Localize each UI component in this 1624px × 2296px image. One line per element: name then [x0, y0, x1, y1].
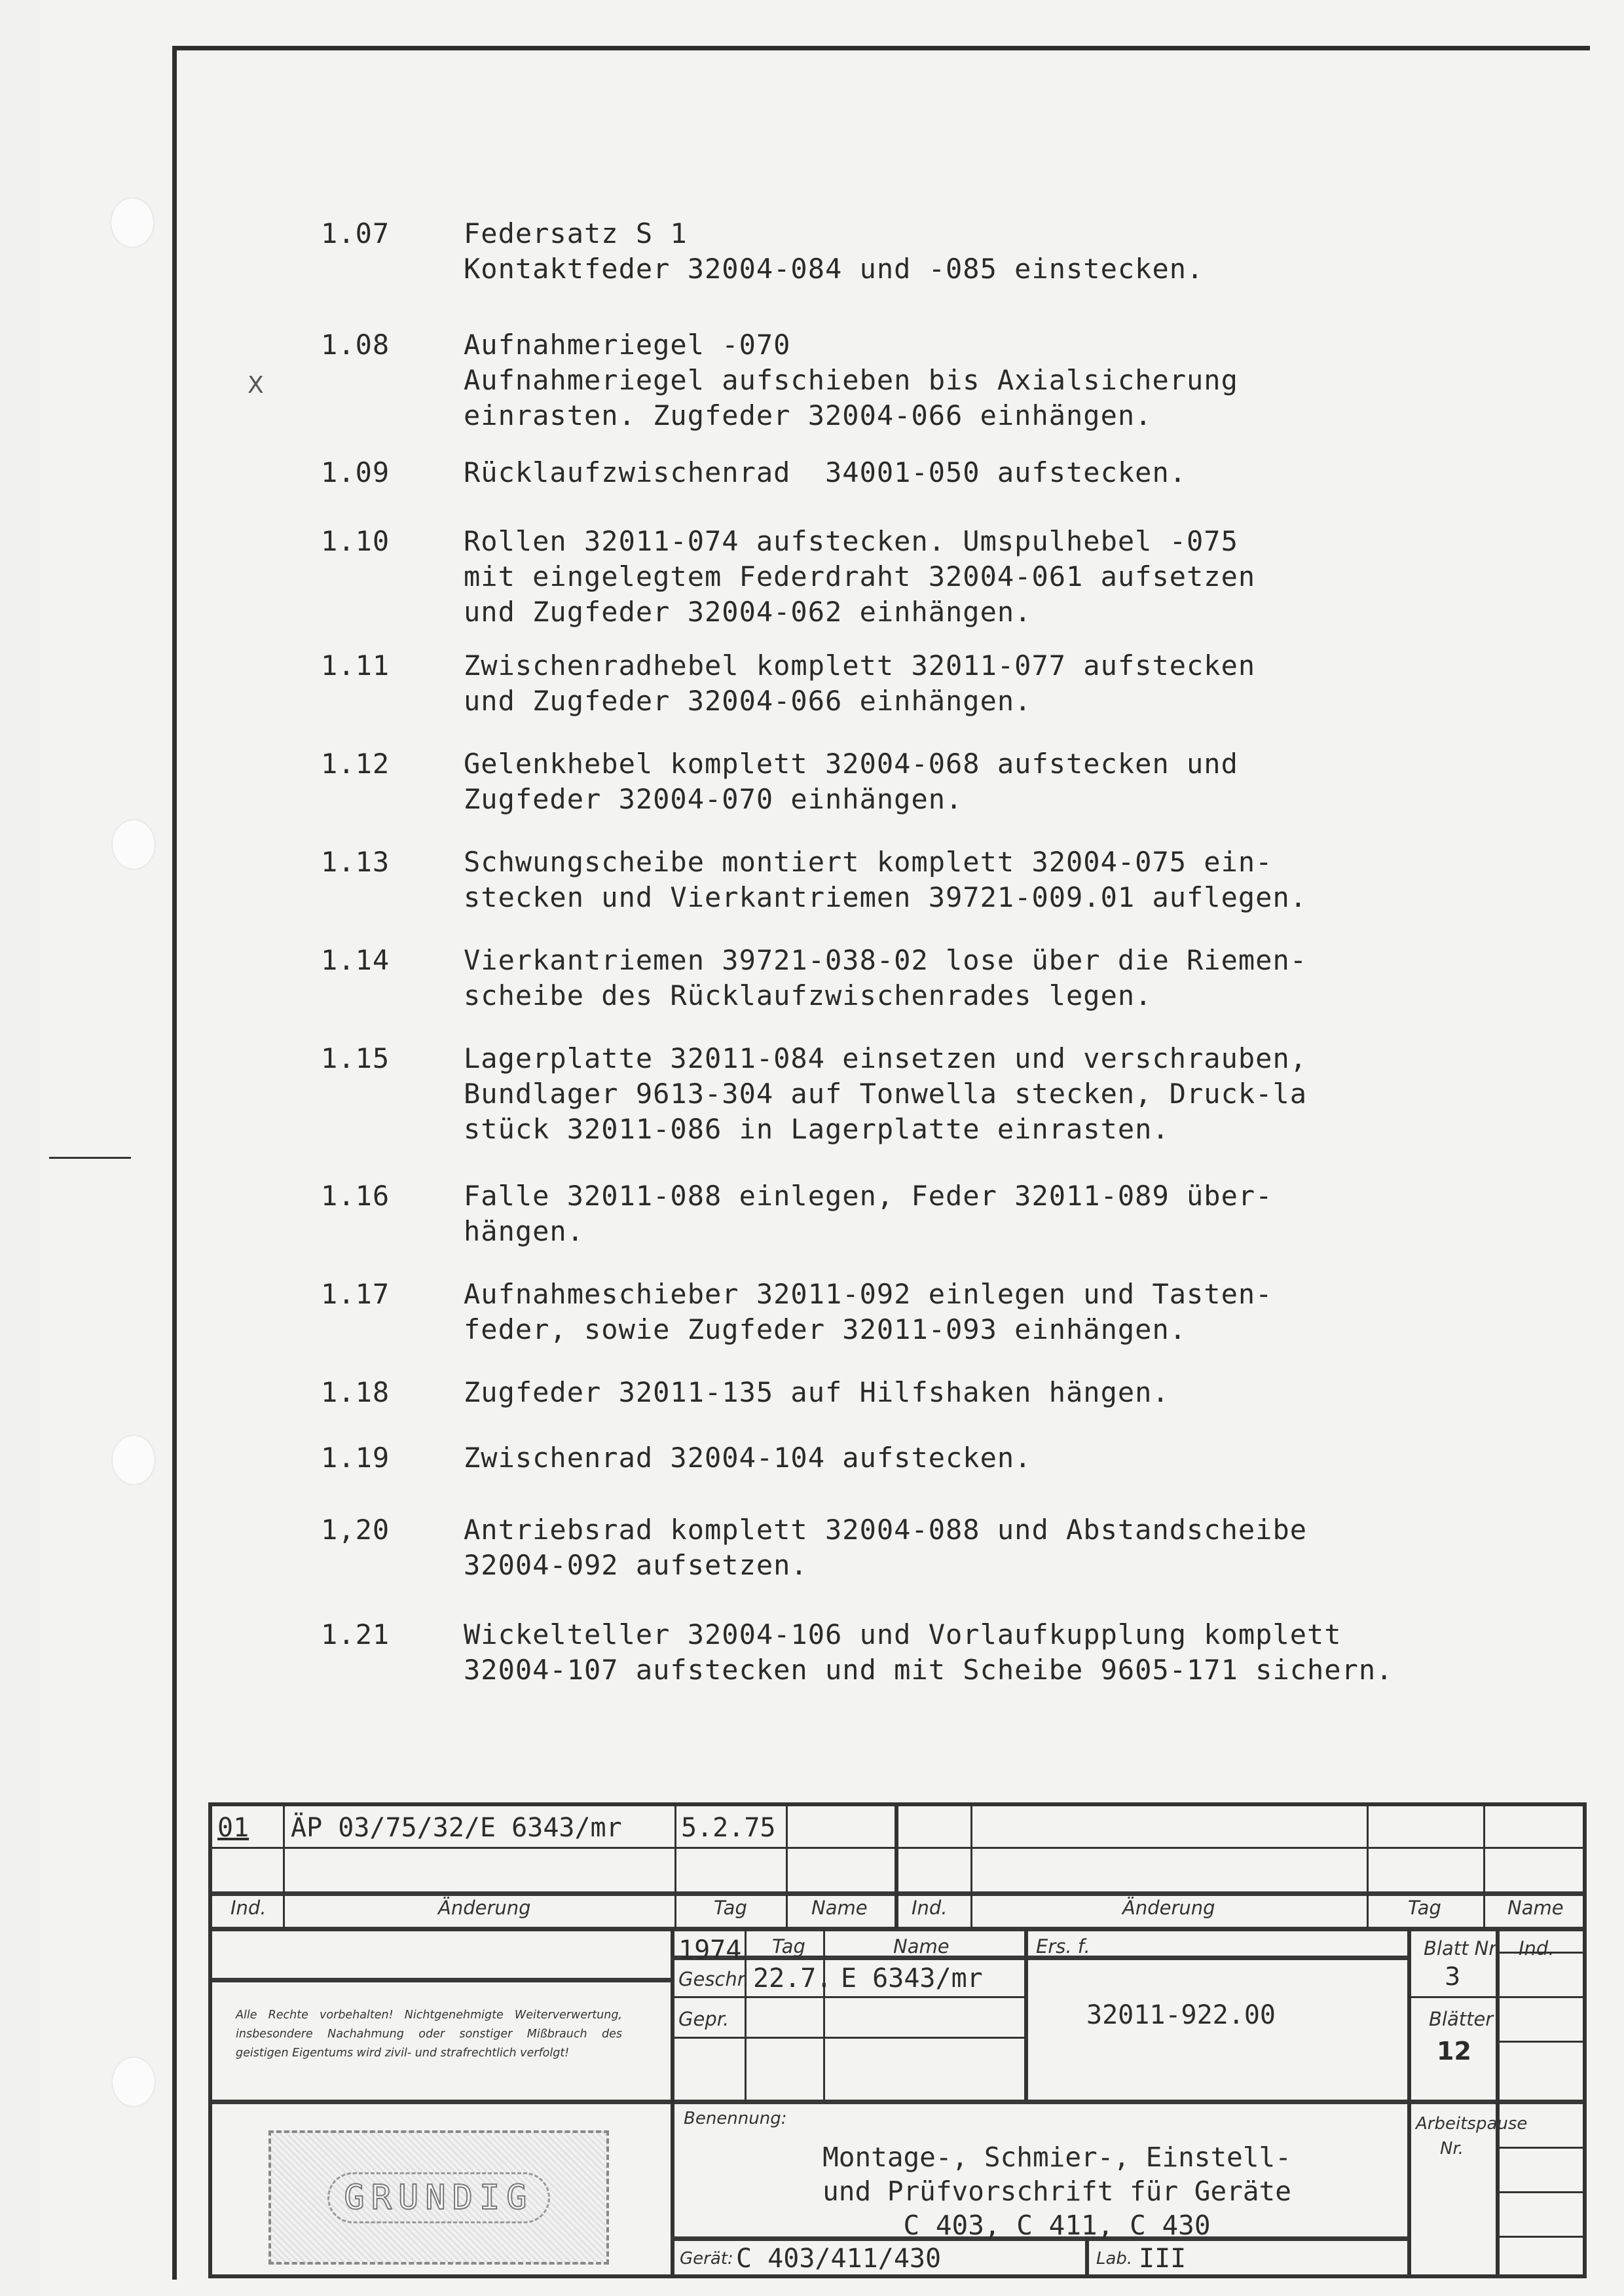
document-title: Montage-, Schmier-, Einstell- und Prüfvo… [710, 2140, 1404, 2242]
step-number: 1.12 [321, 746, 439, 782]
step-number: 1.10 [321, 524, 439, 559]
divider [970, 1806, 972, 1929]
divider [1496, 2147, 1583, 2149]
step-text-line: Zugfeder 32011-135 auf Hilfshaken hängen… [464, 1375, 1446, 1410]
step-number: 1.08 [321, 327, 439, 363]
step-text-line: Aufnahmeriegel aufschieben bis Axialsich… [464, 363, 1446, 398]
header-aenderung: Änderung [438, 1897, 531, 1919]
step-number: 1.13 [321, 845, 439, 880]
step-text-line: und Zugfeder 32004-066 einhängen. [464, 683, 1446, 719]
benennung-label: Benennung: [684, 2109, 787, 2128]
header-name-2: Name [1507, 1897, 1564, 1919]
divider [671, 2100, 674, 2278]
step-text: Zugfeder 32011-135 auf Hilfshaken hängen… [464, 1375, 1446, 1410]
ind-label: Ind. [1519, 1937, 1555, 1959]
step-text-line: Lagerplatte 32011-084 einsetzen und vers… [464, 1041, 1446, 1076]
revision-index: 01 [217, 1813, 249, 1843]
step-number: 1.15 [321, 1041, 439, 1076]
step-text: Aufnahmeschieber 32011-092 einlegen und … [464, 1277, 1446, 1347]
step-text: Antriebsrad komplett 32004-088 und Absta… [464, 1512, 1446, 1583]
title-line-3: C 403, C 411, C 430 [710, 2208, 1404, 2242]
divider [671, 2037, 1024, 2039]
blatt-nr: 3 [1445, 1962, 1460, 1991]
divider [1496, 2191, 1583, 2193]
year: 1974 [678, 1935, 741, 1965]
name-label: Name [893, 1935, 950, 1958]
grundig-logo: GRUNDIG [327, 2172, 549, 2223]
blaetter-label: Blätter [1429, 2008, 1493, 2030]
step-text: Federsatz S 1Kontaktfeder 32004-084 und … [464, 216, 1446, 287]
lab-value: III [1139, 2244, 1186, 2274]
header-aenderung-2: Änderung [1122, 1897, 1215, 1919]
ersf-label: Ers. f. [1036, 1935, 1090, 1958]
divider [1407, 1929, 1411, 2278]
divider [1496, 2236, 1583, 2238]
drawing-number: 32011-922.00 [1086, 2000, 1276, 2030]
tag-label: Tag [772, 1935, 805, 1958]
divider [1496, 2041, 1583, 2043]
step-text-line: feder, sowie Zugfeder 32011-093 einhänge… [464, 1312, 1446, 1347]
divider [1407, 1996, 1496, 1998]
step-text-line: 32004-092 aufsetzen. [464, 1548, 1446, 1583]
geschr-name: E 6343/mr [841, 1963, 983, 1994]
step-text-line: Antriebsrad komplett 32004-088 und Absta… [464, 1512, 1446, 1548]
step-text: Rücklaufzwischenrad 34001-050 aufstecken… [464, 455, 1446, 490]
step-text-line: und Zugfeder 32004-062 einhängen. [464, 594, 1446, 630]
step-text-line: einrasten. Zugfeder 32004-066 einhängen. [464, 398, 1446, 433]
divider [895, 1806, 898, 1929]
divider [1024, 1929, 1028, 2100]
arbeitspause-nr-label: Nr. [1440, 2139, 1464, 2159]
step-text: Lagerplatte 32011-084 einsetzen und vers… [464, 1041, 1446, 1147]
divider [283, 1806, 285, 1929]
divider [212, 1978, 671, 1982]
divider [1496, 1929, 1500, 2278]
step-text-line: scheibe des Rücklaufzwischenrades legen. [464, 978, 1446, 1013]
step-text-line: Rücklaufzwischenrad 34001-050 aufstecken… [464, 455, 1446, 490]
punch-hole-lower-middle [113, 1436, 155, 1484]
step-number: 1.16 [321, 1178, 439, 1214]
title-block: 01 ÄP 03/75/32/E 6343/mr 5.2.75 Ind. Änd… [208, 1802, 1587, 2278]
step-number: 1.09 [321, 455, 439, 490]
step-text-line: Zwischenrad 32004-104 aufstecken. [464, 1440, 1446, 1476]
step-text: Gelenkhebel komplett 32004-068 aufstecke… [464, 746, 1446, 817]
step-number: 1.14 [321, 943, 439, 978]
step-text-line: Zugfeder 32004-070 einhängen. [464, 782, 1446, 817]
divider [1483, 1806, 1485, 1929]
divider [1367, 1806, 1369, 1929]
step-number: 1.21 [321, 1617, 439, 1652]
step-number: 1.19 [321, 1440, 439, 1476]
step-text-line: 32004-107 aufstecken und mit Scheibe 960… [464, 1652, 1446, 1688]
header-tag: Tag [714, 1897, 747, 1919]
fold-mark [49, 1157, 131, 1159]
title-line-2: und Prüfvorschrift für Geräte [710, 2174, 1404, 2208]
blatt-nr-label: Blatt Nr. [1424, 1937, 1501, 1959]
punch-hole-upper-middle [113, 820, 155, 869]
geschr-date: 22.7. [753, 1963, 832, 1994]
blaetter: 12 [1437, 2037, 1471, 2066]
punch-hole-bottom [113, 2058, 155, 2106]
header-name: Name [811, 1897, 868, 1919]
geraet-value: C 403/411/430 [736, 2244, 941, 2274]
divider [674, 1806, 676, 1929]
legal-notice: Alle Rechte vorbehalten! Nichtgenehmigte… [236, 2006, 622, 2063]
step-text: Wickelteller 32004-106 und Vorlaufkupplu… [464, 1617, 1446, 1688]
geraet-label: Gerät: [680, 2249, 733, 2269]
lab-label: Lab. [1096, 2249, 1132, 2269]
step-text-line: Falle 32011-088 einlegen, Feder 32011-08… [464, 1178, 1446, 1214]
step-text-line: stück 32011-086 in Lagerplatte einrasten… [464, 1112, 1446, 1147]
step-text: Falle 32011-088 einlegen, Feder 32011-08… [464, 1178, 1446, 1249]
gepr-label: Gepr. [678, 2008, 729, 2030]
step-text: Aufnahmeriegel -070Aufnahmeriegel aufsch… [464, 327, 1446, 433]
step-text: Rollen 32011-074 aufstecken. Umspulhebel… [464, 524, 1446, 630]
divider [823, 1929, 825, 2100]
step-text-line: Wickelteller 32004-106 und Vorlaufkupplu… [464, 1617, 1446, 1652]
revision-date: 5.2.75 [681, 1813, 776, 1843]
divider [786, 1806, 788, 1929]
step-text-line: Federsatz S 1 [464, 216, 1446, 251]
step-text-line: Vierkantriemen 39721-038-02 lose über di… [464, 943, 1446, 978]
step-text-line: stecken und Vierkantriemen 39721-009.01 … [464, 880, 1446, 915]
step-text-line: Rollen 32011-074 aufstecken. Umspulhebel… [464, 524, 1446, 559]
step-text-line: mit eingelegtem Federdraht 32004-061 auf… [464, 559, 1446, 594]
step-number: 1,20 [321, 1512, 439, 1548]
step-text-line: Gelenkhebel komplett 32004-068 aufstecke… [464, 746, 1446, 782]
company-logo-stamp: GRUNDIG [268, 2130, 609, 2265]
step-text-line: Schwungscheibe montiert komplett 32004-0… [464, 845, 1446, 880]
divider [212, 2100, 1583, 2104]
step-text: Schwungscheibe montiert komplett 32004-0… [464, 845, 1446, 915]
divider [1085, 2236, 1089, 2278]
header-tag-2: Tag [1408, 1897, 1441, 1919]
revision-change: ÄP 03/75/32/E 6343/mr [291, 1813, 622, 1843]
step-number: 1.17 [321, 1277, 439, 1312]
step-text: Zwischenradhebel komplett 32011-077 aufs… [464, 648, 1446, 719]
title-line-1: Montage-, Schmier-, Einstell- [710, 2140, 1404, 2174]
step-text-line: Aufnahmeriegel -070 [464, 327, 1446, 363]
step-text: Zwischenrad 32004-104 aufstecken. [464, 1440, 1446, 1476]
step-text-line: Kontaktfeder 32004-084 und -085 einsteck… [464, 251, 1446, 287]
punch-hole-top [111, 198, 153, 247]
step-number: 1.07 [321, 216, 439, 251]
header-ind: Ind. [231, 1897, 267, 1919]
step-text: Vierkantriemen 39721-038-02 lose über di… [464, 943, 1446, 1013]
step-text-line: Zwischenradhebel komplett 32011-077 aufs… [464, 648, 1446, 683]
header-ind-2: Ind. [912, 1897, 948, 1919]
step-number: 1.11 [321, 648, 439, 683]
step-text-line: Aufnahmeschieber 32011-092 einlegen und … [464, 1277, 1446, 1312]
divider [1496, 1996, 1583, 1998]
step-number: 1.18 [321, 1375, 439, 1410]
arbeitspause-label: Arbeitspause [1416, 2114, 1527, 2134]
step-text-line: Bundlager 9613-304 auf Tonwella stecken,… [464, 1076, 1446, 1112]
divider [671, 1996, 1024, 1998]
step-text-line: hängen. [464, 1214, 1446, 1249]
divider [745, 1929, 747, 2100]
geschr-label: Geschr. [678, 1968, 749, 1990]
